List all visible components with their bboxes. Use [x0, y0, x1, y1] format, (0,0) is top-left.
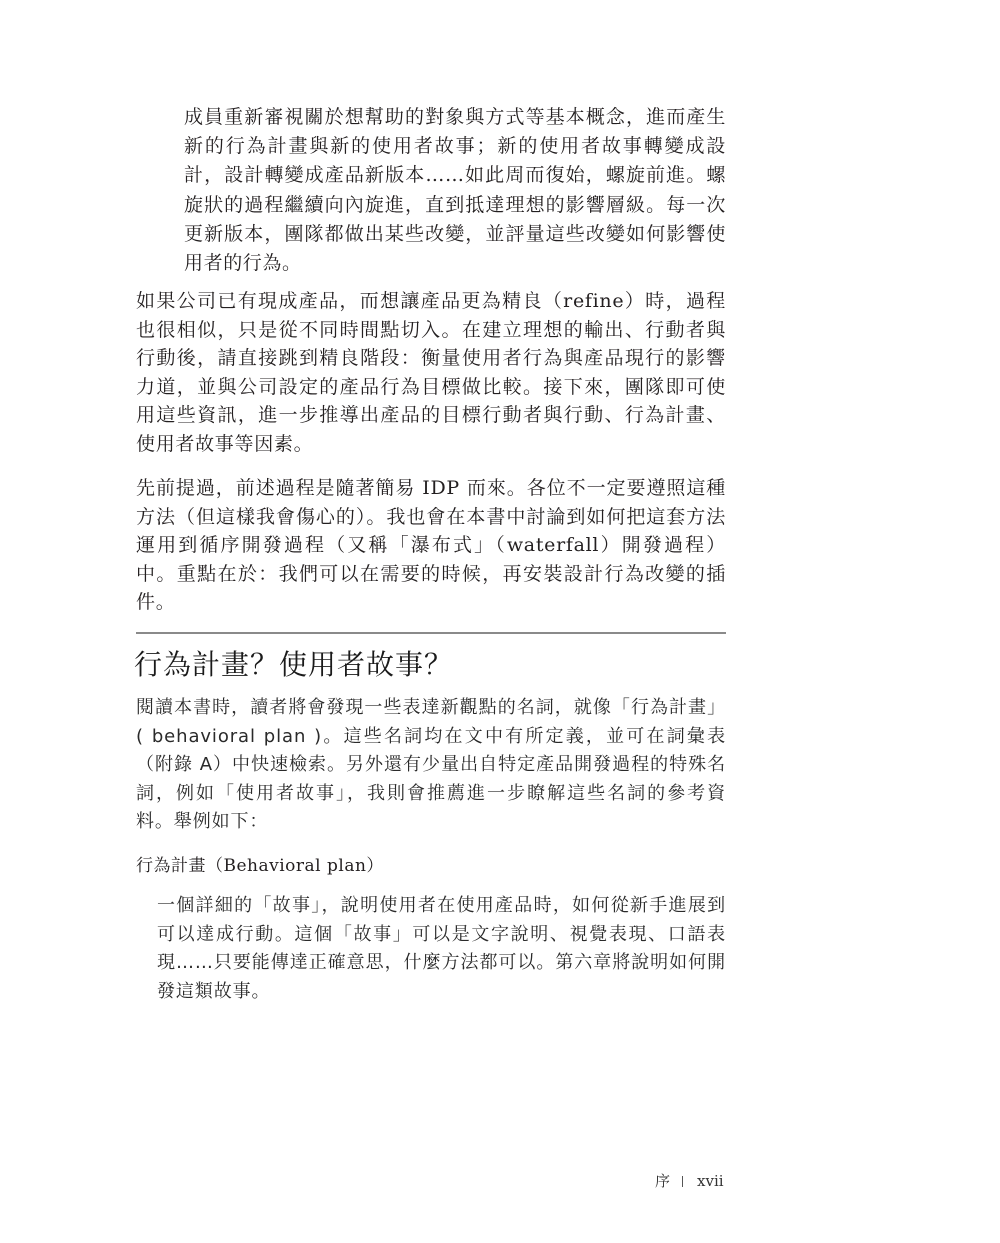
footer-separator [682, 1176, 683, 1187]
body-paragraph-idp: 先前提過，前述過程是隨著簡易 IDP 而來。各位不一定要遵照這種方法（但這樣我會… [136, 474, 726, 617]
page-number: xvii [697, 1172, 724, 1190]
page-footer: 序xvii [655, 1170, 724, 1192]
section-divider [136, 632, 726, 634]
block-quote-paragraph: 成員重新審視關於想幫助的對象與方式等基本概念，進而產生新的行為計畫與新的使用者故… [184, 103, 726, 278]
glossary-definition: 一個詳細的「故事」，說明使用者在使用產品時，如何從新手進展到可以達成行動。這個「… [157, 892, 726, 1006]
footer-section-label: 序 [655, 1172, 670, 1190]
section-title: 行為計畫？使用者故事？ [134, 646, 453, 684]
body-paragraph-refine: 如果公司已有現成產品，而想讓產品更為精良（refine）時，過程也很相似，只是從… [136, 287, 726, 459]
glossary-term: 行為計畫（Behavioral plan） [136, 853, 384, 879]
book-page: 成員重新審視關於想幫助的對象與方式等基本概念，進而產生新的行為計畫與新的使用者故… [0, 0, 1000, 1243]
section-intro-paragraph: 閱讀本書時，讀者將會發現一些表達新觀點的名詞，就像「行為計畫」( behavio… [136, 694, 726, 837]
